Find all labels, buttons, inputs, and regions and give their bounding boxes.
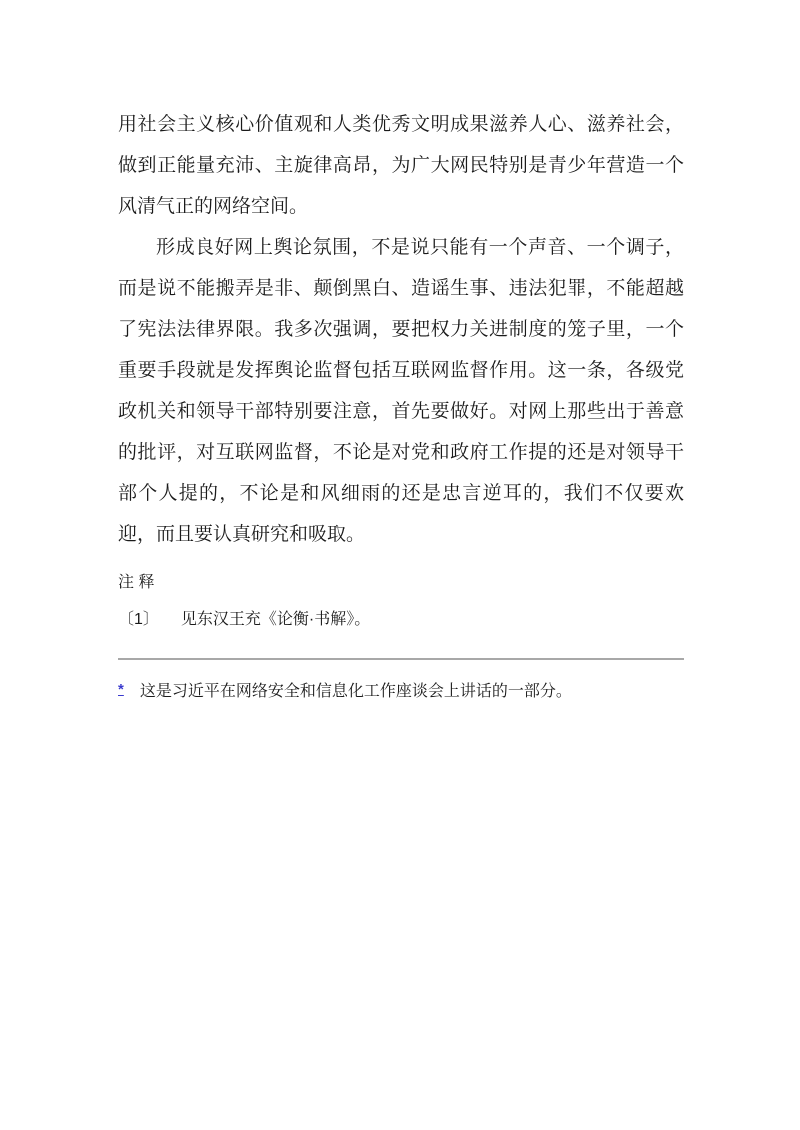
body-text: 用社会主义核心价值观和人类优秀文明成果滋养人心、滋养社会， 做到正能量充沛、主旋… [118,104,684,555]
body-line: 做到正能量充沛、主旋律高昂，为广大网民特别是青少年营造一个 [118,145,684,186]
body-line: 而是说不能搬弄是非、颠倒黑白、造谣生事、违法犯罪，不能超越 [118,268,684,309]
paragraph-1: 用社会主义核心价值观和人类优秀文明成果滋养人心、滋养社会， 做到正能量充沛、主旋… [118,104,684,227]
footnote: *这是习近平在网络安全和信息化工作座谈会上讲话的一部分。 [118,679,684,704]
body-line: 重要手段就是发挥舆论监督包括互联网监督作用。这一条，各级党 [118,350,684,391]
body-line: 了宪法法律界限。我多次强调，要把权力关进制度的笼子里，一个 [118,309,684,350]
note-text: 见东汉王充《论衡·书解》。 [181,611,370,628]
body-line: 形成良好网上舆论氛围，不是说只能有一个声音、一个调子， [118,227,684,268]
notes-heading: 注 释 [118,571,684,595]
footnote-text: 这是习近平在网络安全和信息化工作座谈会上讲话的一部分。 [140,683,572,700]
body-line: 政机关和领导干部特别要注意，首先要做好。对网上那些出于善意 [118,391,684,432]
note-marker: 〔1〕 [118,608,159,632]
body-line: 部个人提的，不论是和风细雨的还是忠言逆耳的，我们不仅要欢 [118,473,684,514]
document-page: 用社会主义核心价值观和人类优秀文明成果滋养人心、滋养社会， 做到正能量充沛、主旋… [0,0,800,1130]
footnote-asterisk-link[interactable]: * [118,677,124,702]
footnote-divider [118,658,684,660]
body-line: 的批评，对互联网监督，不论是对党和政府工作提的还是对领导干 [118,432,684,473]
body-line: 迎，而且要认真研究和吸取。 [118,514,684,555]
body-line: 用社会主义核心价值观和人类优秀文明成果滋养人心、滋养社会， [118,104,684,145]
paragraph-2: 形成良好网上舆论氛围，不是说只能有一个声音、一个调子， 而是说不能搬弄是非、颠倒… [118,227,684,555]
note-item: 〔1〕见东汉王充《论衡·书解》。 [118,608,684,632]
body-line: 风清气正的网络空间。 [118,186,684,227]
content-column: 用社会主义核心价值观和人类优秀文明成果滋养人心、滋养社会， 做到正能量充沛、主旋… [118,0,684,704]
